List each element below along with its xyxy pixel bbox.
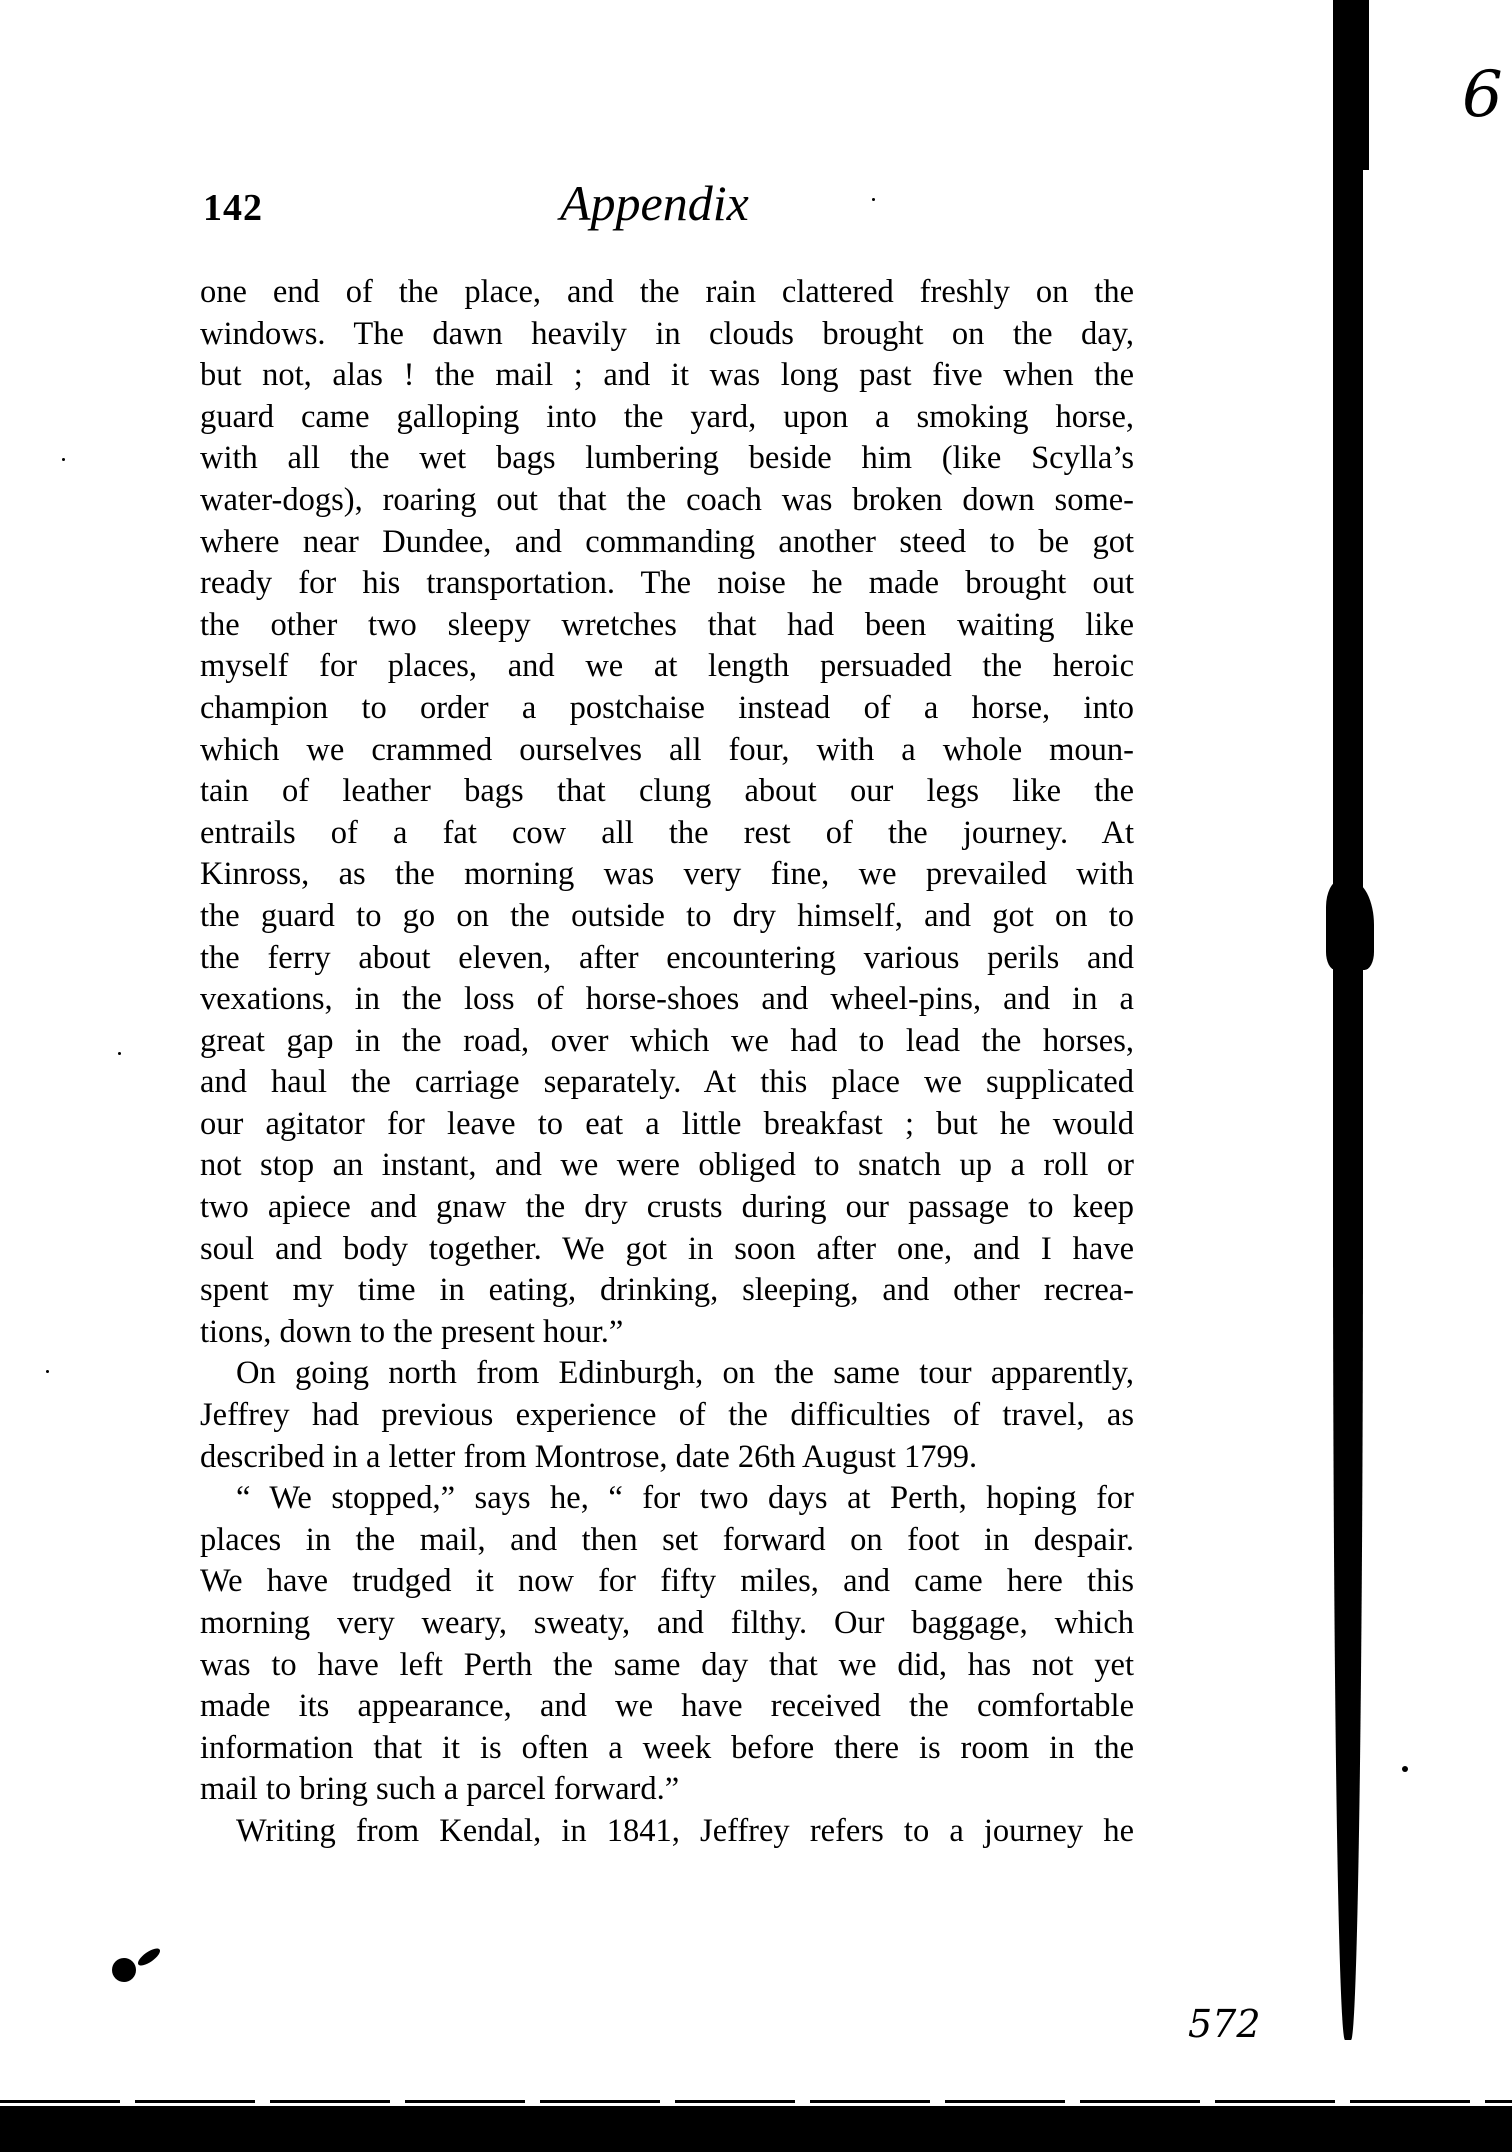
quote-start-line: “ We stopped,” says he, “ for two days a… (200, 1478, 1134, 1520)
ink-blot-tail (135, 1945, 162, 1968)
text-line: and haul the carriage separately. At thi… (200, 1062, 1134, 1104)
binding-notch (1326, 880, 1374, 970)
text-line: described in a letter from Montrose, dat… (200, 1437, 1134, 1479)
speck (1402, 1766, 1408, 1772)
text-line: places in the mail, and then set forward… (200, 1520, 1134, 1562)
paragraph-start-line: Writing from Kendal, in 1841, Jeffrey re… (200, 1811, 1134, 1853)
text-line: not stop an instant, and we were obliged… (200, 1145, 1134, 1187)
handwritten-corner-mark: 6 (1462, 58, 1503, 132)
text-line: ready for his transportation. The noise … (200, 563, 1134, 605)
text-line: Kinross, as the morning was very fine, w… (200, 854, 1134, 896)
text-line: was to have left Perth the same day that… (200, 1645, 1134, 1687)
binding-shadow-top (1355, 0, 1369, 170)
text-line: with all the wet bags lumbering beside h… (200, 438, 1134, 480)
text-line: two apiece and gnaw the dry crusts durin… (200, 1187, 1134, 1229)
text-line: the other two sleepy wretches that had b… (200, 605, 1134, 647)
speck (872, 198, 875, 201)
text-line: windows. The dawn heavily in clouds brou… (200, 314, 1134, 356)
scan-bottom-edge (0, 2106, 1512, 2152)
page-number: 142 (203, 186, 263, 230)
text-line: myself for places, and we at length pers… (200, 646, 1134, 688)
text-line: soul and body together. We got in soon a… (200, 1229, 1134, 1271)
text-line: guard came galloping into the yard, upon… (200, 397, 1134, 439)
text-line: water-dogs), roaring out that the coach … (200, 480, 1134, 522)
running-head: Appendix (560, 174, 749, 232)
text-line: our agitator for leave to eat a little b… (200, 1104, 1134, 1146)
text-line: but not, alas ! the mail ; and it was lo… (200, 355, 1134, 397)
text-line: mail to bring such a parcel forward.” (200, 1769, 1134, 1811)
text-line: the ferry about eleven, after encounteri… (200, 938, 1134, 980)
ink-blot (112, 1958, 136, 1982)
speck (118, 1052, 121, 1055)
text-line: which we crammed ourselves all four, wit… (200, 730, 1134, 772)
text-line: entrails of a fat cow all the rest of th… (200, 813, 1134, 855)
paragraph-start-line: On going north from Edinburgh, on the sa… (200, 1353, 1134, 1395)
speck (62, 458, 65, 461)
text-line: tain of leather bags that clung about ou… (200, 771, 1134, 813)
text-line: made its appearance, and we have receive… (200, 1686, 1134, 1728)
text-line: Jeffrey had previous experience of the d… (200, 1395, 1134, 1437)
text-line: morning very weary, sweaty, and filthy. … (200, 1603, 1134, 1645)
text-line: vexations, in the loss of horse-shoes an… (200, 979, 1134, 1021)
text-line: information that it is often a week befo… (200, 1728, 1134, 1770)
scan-bottom-rule (0, 2100, 1512, 2103)
text-line: We have trudged it now for fifty miles, … (200, 1561, 1134, 1603)
text-line: tions, down to the present hour.” (200, 1312, 1134, 1354)
handwritten-folio-mark: 572 (1188, 2002, 1261, 2046)
text-line: champion to order a postchaise instead o… (200, 688, 1134, 730)
text-line: spent my time in eating, drinking, sleep… (200, 1270, 1134, 1312)
text-line: where near Dundee, and commanding anothe… (200, 522, 1134, 564)
speck (46, 1370, 49, 1373)
text-line: great gap in the road, over which we had… (200, 1021, 1134, 1063)
binding-shadow (1333, 0, 1363, 2040)
text-line: the guard to go on the outside to dry hi… (200, 896, 1134, 938)
text-line: one end of the place, and the rain clatt… (200, 272, 1134, 314)
body-text: one end of the place, and the rain clatt… (200, 272, 1134, 1853)
